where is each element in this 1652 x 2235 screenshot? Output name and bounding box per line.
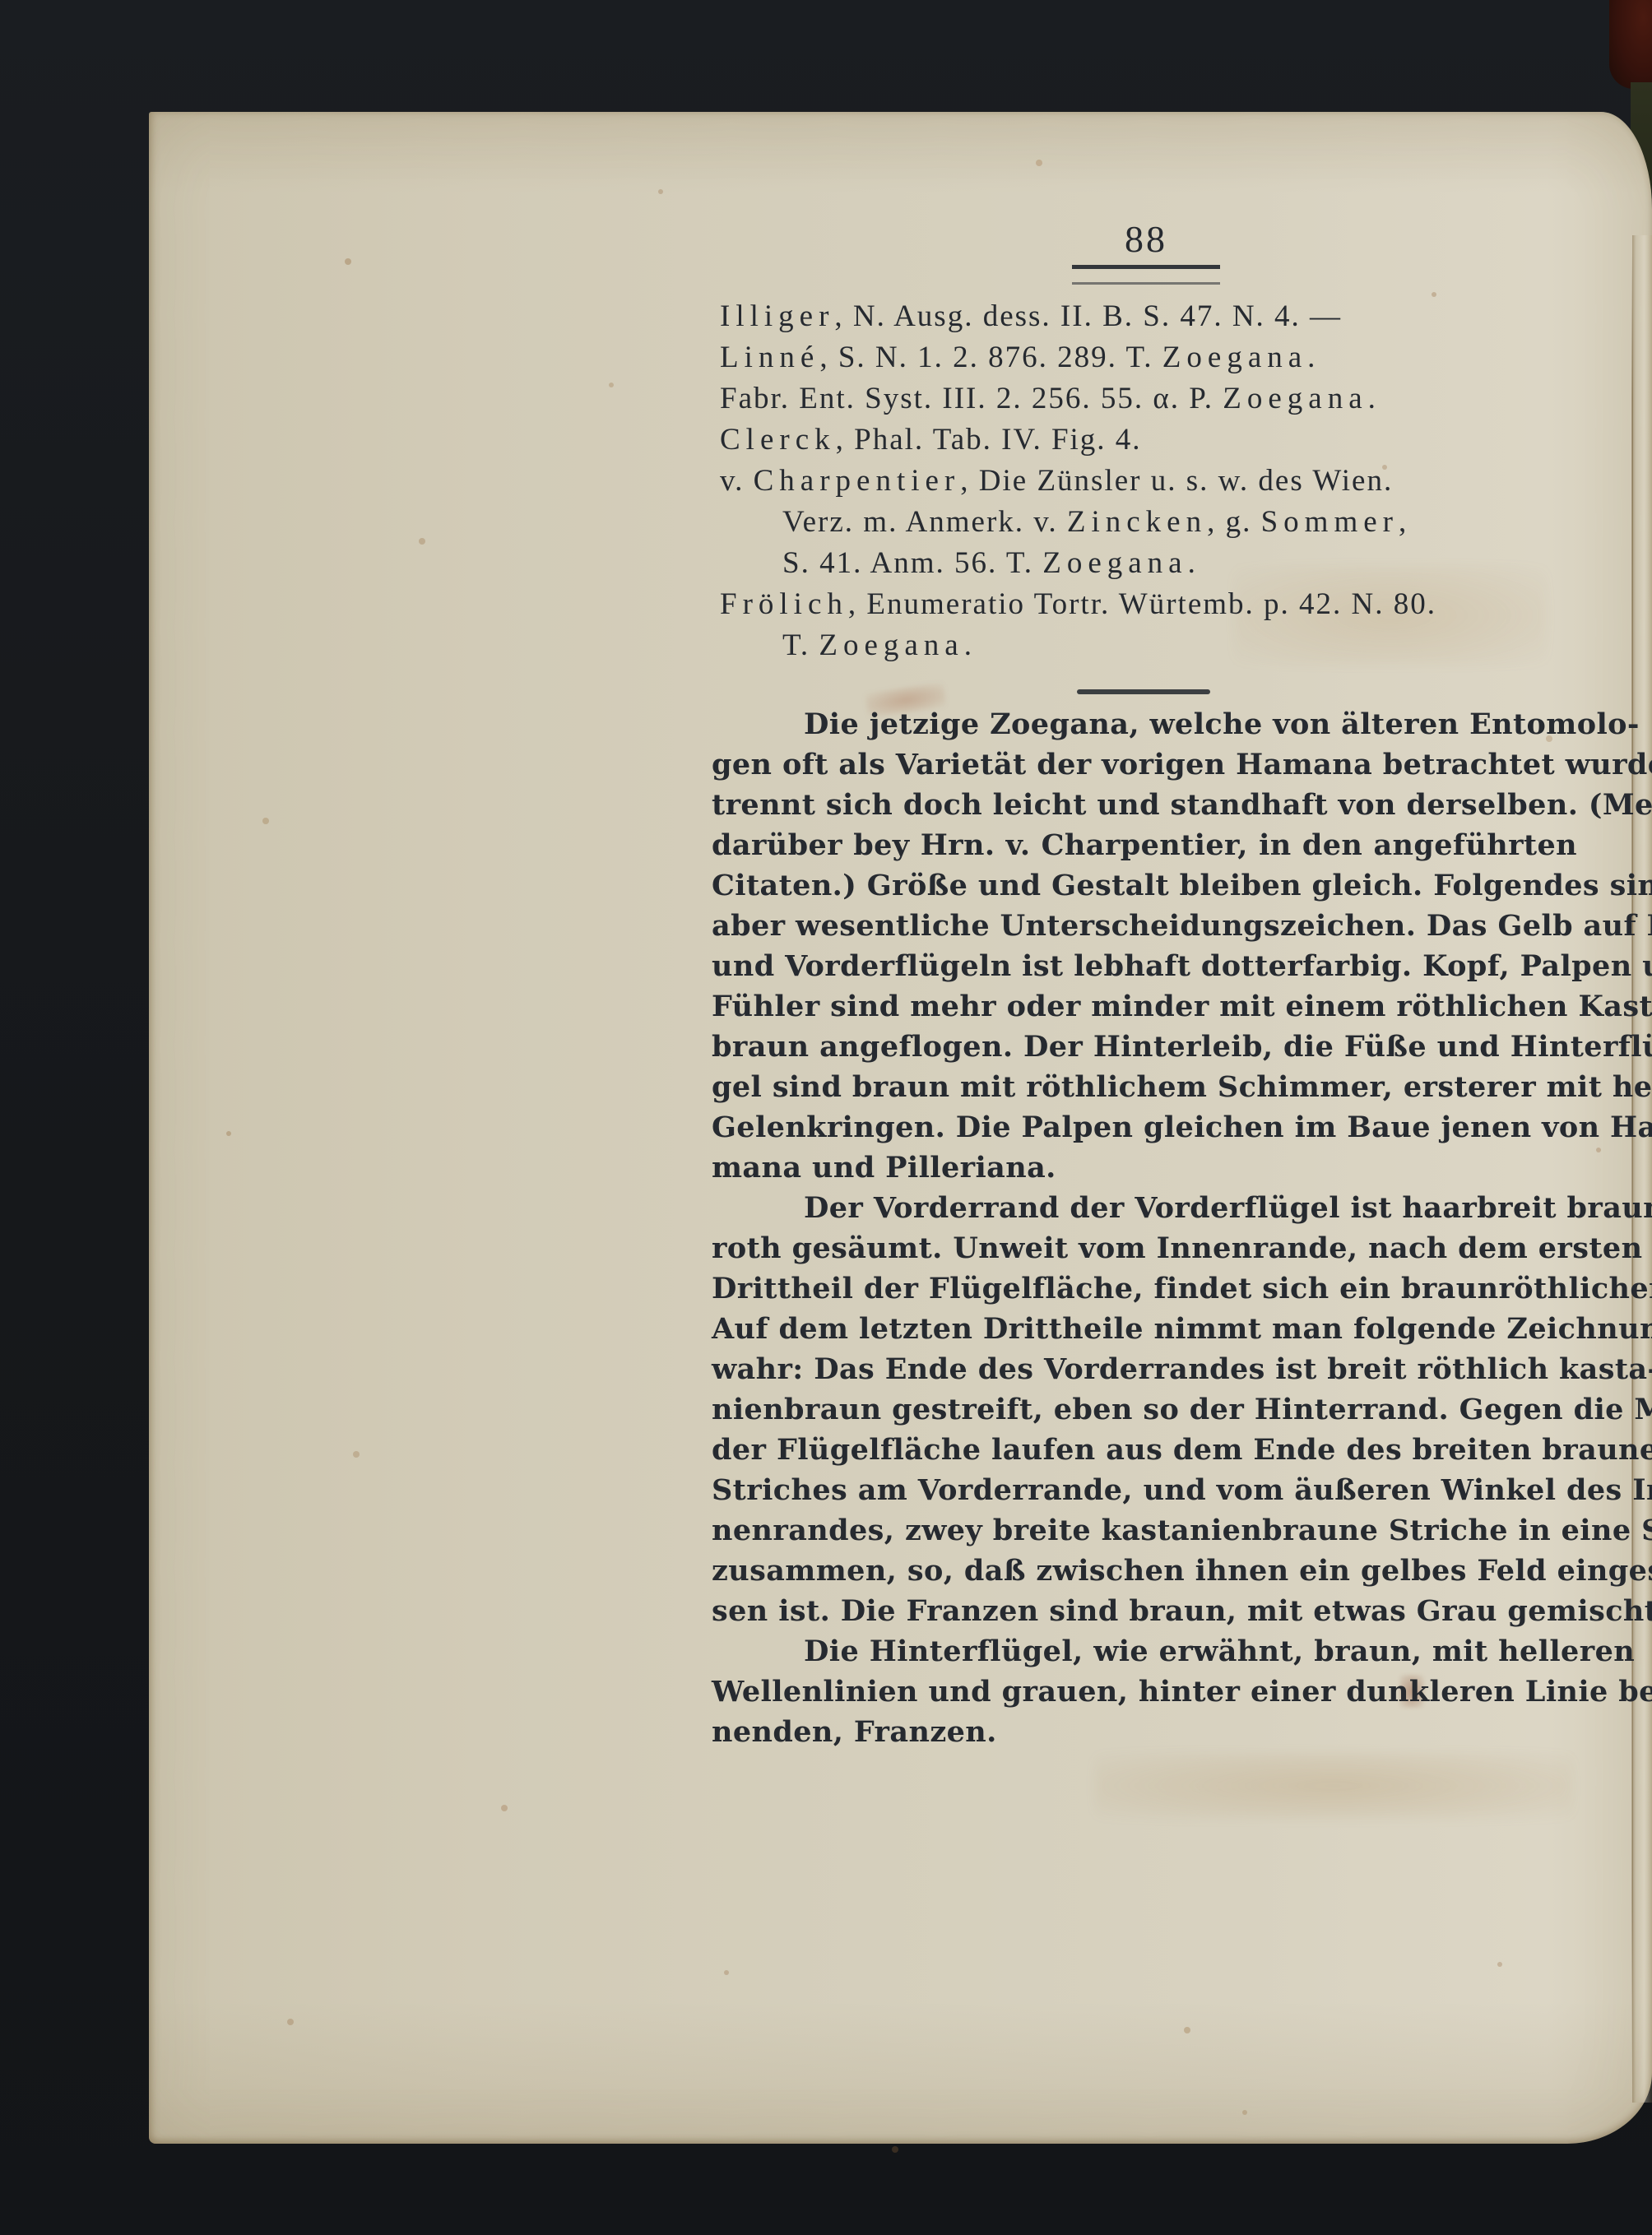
- citation-text: , Enumeratio Tortr. Würtemb. p. 42. N. 8…: [848, 587, 1436, 621]
- text-line: und Vorderflügeln ist lebhaft dotterfarb…: [712, 946, 1577, 986]
- citation-line: Illiger, N. Ausg. dess. II. B. S. 47. N.…: [720, 296, 1600, 337]
- citation-name-spaced: Frölich: [720, 587, 848, 621]
- citation-text: Ent. Syst. III. 2. 256. 55. α. P.: [790, 382, 1223, 415]
- scan-background: 88 Illiger, N. Ausg. dess. II. B. S. 47.…: [0, 0, 1652, 2235]
- text-line: Gelenkringen. Die Palpen gleichen im Bau…: [712, 1107, 1577, 1148]
- citation-text: T.: [782, 628, 819, 662]
- citation-line: Clerck, Phal. Tab. IV. Fig. 4.: [720, 420, 1600, 461]
- citation-line: Fabr. Ent. Syst. III. 2. 256. 55. α. P. …: [720, 378, 1600, 420]
- section-divider-rule: [1077, 689, 1210, 694]
- citation-text: S. 41. Anm. 56. T.: [782, 546, 1042, 580]
- citation-text: , Phal. Tab. IV. Fig. 4.: [836, 423, 1142, 457]
- text-line: wahr: Das Ende des Vorderrandes ist brei…: [712, 1349, 1577, 1389]
- citation-text: , S. N. 1. 2. 876. 289. T.: [819, 341, 1162, 374]
- book-cover-edge: [1609, 0, 1652, 89]
- citation-text: v.: [720, 464, 754, 498]
- citation-list: Illiger, N. Ausg. dess. II. B. S. 47. N.…: [720, 296, 1600, 666]
- citation-text: ,: [1399, 505, 1408, 539]
- citation-name-spaced: Zincken: [1067, 505, 1207, 539]
- citation-name-spaced: Linné: [720, 341, 819, 374]
- citation-line: T. Zoegana.: [720, 625, 1600, 666]
- page-number: 88: [1072, 217, 1220, 261]
- text-line: nienbraun gestreift, eben so der Hinterr…: [712, 1389, 1577, 1430]
- citation-name-spaced: Clerck: [720, 423, 836, 457]
- text-line: Auf dem letzten Drittheile nimmt man fol…: [712, 1309, 1577, 1349]
- page-crease: [1631, 252, 1633, 2086]
- citation-line: S. 41. Anm. 56. T. Zoegana.: [720, 543, 1600, 584]
- citation-text: , N. Ausg. dess. II. B. S. 47. N. 4. —: [834, 299, 1342, 333]
- text-line: nenrandes, zwey breite kastanienbraune S…: [712, 1510, 1577, 1551]
- citation-name-spaced: Zoegana.: [1042, 546, 1201, 580]
- ink-showthrough: [1095, 1753, 1572, 1819]
- text-line: gen oft als Varietät der vorigen Hamana …: [712, 744, 1577, 785]
- body-text: Die jetzige Zoegana, welche von älteren …: [712, 704, 1577, 1752]
- citation-name-spaced: Zoegana.: [1162, 341, 1321, 374]
- citation-name-spaced: Zoegana.: [819, 628, 977, 662]
- citation-line: v. Charpentier, Die Zünsler u. s. w. des…: [720, 461, 1600, 502]
- text-line: Citaten.) Größe und Gestalt bleiben glei…: [712, 865, 1577, 906]
- citation-name-spaced: Illiger: [720, 299, 834, 333]
- book-page: 88 Illiger, N. Ausg. dess. II. B. S. 47.…: [149, 112, 1652, 2144]
- citation-text: , g.: [1207, 505, 1261, 539]
- citation-line: Frölich, Enumeratio Tortr. Würtemb. p. 4…: [720, 584, 1600, 625]
- text-line: Die jetzige Zoegana, welche von älteren …: [712, 704, 1577, 744]
- citation-text: Fabr.: [720, 382, 790, 415]
- text-line: gel sind braun mit röthlichem Schimmer, …: [712, 1067, 1577, 1107]
- citation-text: Verz. m. Anmerk. v.: [782, 505, 1067, 539]
- text-line: Wellenlinien und grauen, hinter einer du…: [712, 1672, 1577, 1712]
- text-line: nenden, Franzen.: [712, 1712, 1577, 1752]
- text-line: aber wesentliche Unterscheidungszeichen.…: [712, 906, 1577, 946]
- text-line: sen ist. Die Franzen sind braun, mit etw…: [712, 1591, 1577, 1631]
- paragraph: Die Hinterflügel, wie erwähnt, braun, mi…: [712, 1631, 1577, 1752]
- citation-line: Linné, S. N. 1. 2. 876. 289. T. Zoegana.: [720, 337, 1600, 378]
- text-line: Drittheil der Flügelfläche, findet sich …: [712, 1268, 1577, 1309]
- citation-name-spaced: Zoegana.: [1223, 382, 1381, 415]
- text-line: trennt sich doch leicht und standhaft vo…: [712, 785, 1577, 825]
- citation-line: Verz. m. Anmerk. v. Zincken, g. Sommer,: [720, 502, 1600, 543]
- text-line: der Flügelfläche laufen aus dem Ende des…: [712, 1430, 1577, 1470]
- paragraph: Die jetzige Zoegana, welche von älteren …: [712, 704, 1577, 1188]
- text-line: mana und Pilleriana.: [712, 1148, 1577, 1188]
- text-line: Striches am Vorderrande, und vom äußeren…: [712, 1470, 1577, 1510]
- text-line: Fühler sind mehr oder minder mit einem r…: [712, 986, 1577, 1027]
- citation-text: , Die Zünsler u. s. w. des Wien.: [960, 464, 1393, 498]
- text-line: zusammen, so, daß zwischen ihnen ein gel…: [712, 1551, 1577, 1591]
- text-line: Die Hinterflügel, wie erwähnt, braun, mi…: [712, 1631, 1577, 1672]
- text-line: darüber bey Hrn. v. Charpentier, in den …: [712, 825, 1577, 865]
- citation-name-spaced: Charpentier: [754, 464, 961, 498]
- text-line: roth gesäumt. Unweit vom Innenrande, nac…: [712, 1228, 1577, 1268]
- text-line: braun angeflogen. Der Hinterleib, die Fü…: [712, 1027, 1577, 1067]
- citation-name-spaced: Sommer: [1261, 505, 1399, 539]
- paper-specks: [149, 112, 152, 115]
- text-line: Der Vorderrand der Vorderflügel ist haar…: [712, 1188, 1577, 1228]
- page-fore-edge: [1632, 235, 1652, 2103]
- paragraph: Der Vorderrand der Vorderflügel ist haar…: [712, 1188, 1577, 1631]
- page-number-rule: [1072, 265, 1220, 285]
